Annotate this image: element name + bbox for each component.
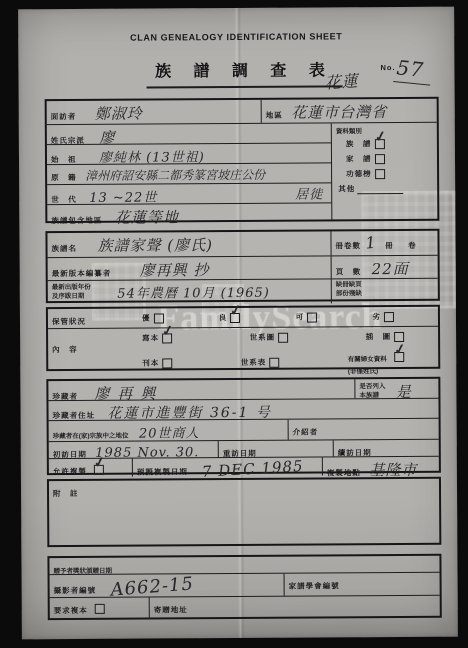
content-illustrations-label: 插 圖	[366, 331, 392, 342]
introducer-label: 介紹者	[293, 428, 319, 437]
content-manuscript-label: 寫本	[142, 332, 159, 343]
volumes-unit-juan: 卷	[408, 241, 417, 250]
revisit-cell: 重訪日期	[219, 440, 334, 457]
pages-value: 22面	[372, 260, 409, 278]
condition-label-cell: 保管狀況	[48, 309, 138, 329]
category-merit-board-label: 功德榜	[346, 168, 372, 179]
missing-pages-label-line2: 部份殘缺	[336, 290, 362, 297]
listed-label-line1: 是否列入	[359, 383, 385, 390]
planned-copy-date-cell: 預擬複製日期 7 DEC 1985	[133, 457, 323, 476]
generation-cell: 世 代 13 ~22世 居徙	[47, 183, 331, 204]
publication-date-cell: 最新出版年份 及序跋日期 54年農曆 10月 (1965)	[48, 279, 332, 305]
generation-label: 世 代	[51, 195, 77, 204]
copy-permission-label: 允許複製	[53, 467, 87, 476]
society-number-cell: 家譜學會編號	[285, 573, 440, 596]
copy-permission-checkbox	[94, 465, 104, 475]
content-manuscript-checkbox	[162, 333, 172, 343]
condition-poor-label: 劣	[372, 311, 381, 322]
content-illustrations-checkbox	[394, 331, 404, 341]
category-clan-genealogy-label: 族 譜	[346, 138, 372, 149]
section-holder-info: 珍藏者 廖再興 是否列入 本族譜 是 珍藏者住址 花蓮市進豐街 36-1 号 珍…	[46, 377, 441, 475]
category-clan-genealogy-checkbox	[374, 139, 384, 149]
section-notes: 附 註	[47, 477, 441, 547]
genealogy-name-cell: 族譜名 族譜家聲 (廖氏)	[47, 231, 331, 257]
volumes-unit-ce: 冊	[385, 241, 394, 250]
number-value-handwritten: 57	[393, 55, 433, 86]
category-other-blank	[357, 183, 403, 193]
followup-visit-cell: 續訪日期	[334, 440, 439, 457]
holder-position-value: 20世商人	[139, 426, 200, 441]
content-lineage-chart-checkbox	[278, 332, 288, 342]
listed-in-genealogy-cell: 是否列入 本族譜 是	[354, 379, 438, 399]
interviewer-cell: 面訪者 鄭淑玲	[47, 100, 262, 124]
content-printed-checkbox	[162, 358, 172, 368]
content-printed-label: 刊本	[142, 357, 159, 368]
coverage-area-cell: 族譜包含地區 花蓮等地	[47, 203, 331, 223]
missing-pages-label-line1: 缺冊缺頁	[336, 281, 362, 288]
publication-date-label: 最新出版年份 及序跋日期	[52, 284, 91, 302]
first-visit-label: 初訪日期	[53, 450, 87, 459]
holder-cell: 珍藏者 廖再興	[48, 379, 354, 400]
publication-date-value: 54年農曆 10月 (1965)	[117, 286, 270, 302]
mailing-address-cell: 寄贈地址	[150, 596, 440, 620]
region-label: 地區	[266, 111, 283, 120]
publication-date-label-line2: 及序跋日期	[52, 293, 85, 300]
notes-label: 附 註	[53, 489, 79, 498]
category-family-genealogy-label: 家 譜	[346, 153, 372, 164]
condition-excellent: 優	[142, 310, 164, 325]
holder-position-cell: 珍藏者在(家)宗族中之地位 20世商人	[49, 420, 289, 441]
holder-address-label: 珍藏者住址	[53, 411, 96, 420]
category-other: 其他	[332, 181, 437, 197]
content-lineage-table-label: 世系表	[241, 357, 267, 368]
request-copy-checkbox	[95, 604, 105, 614]
content-label: 內 容	[52, 345, 78, 354]
content-women-data-label: 有關婦女資料	[348, 356, 387, 363]
copy-location-cell: 複製地點 基隆市	[323, 457, 439, 476]
content-lineage-chart: 世系圖	[250, 332, 289, 343]
condition-poor-checkbox	[384, 312, 394, 322]
condition-poor: 劣	[372, 309, 394, 324]
condition-fair-label: 可	[296, 312, 305, 323]
condition-excellent-checkbox	[153, 313, 163, 323]
section-condition-content: 保管狀況 優 良 可 劣	[46, 305, 440, 371]
content-illustrations: 插 圖	[366, 331, 405, 342]
region-value: 花蓮市台灣省	[291, 103, 387, 122]
copy-permission-cell: 允許複製	[49, 459, 133, 478]
content-women-data-checkbox	[394, 352, 404, 362]
pages-label: 頁 數	[336, 267, 362, 276]
content-women-data: 有關婦女資料 (非僅姓氏)	[348, 348, 405, 375]
holder-address-cell: 珍藏者住址 花蓮市進豐街 36-1 号	[48, 399, 438, 420]
compiler-label: 最新版本編纂者	[52, 269, 112, 278]
condition-good-checkbox	[230, 312, 240, 322]
category-family-genealogy-checkbox	[374, 154, 384, 164]
notes-cell: 附 註	[49, 479, 439, 503]
pages-cell: 頁 數 22面	[332, 256, 438, 279]
interviewer-label: 面訪者	[51, 112, 77, 121]
surname-cell: 姓氏宗派 廖	[47, 123, 331, 144]
place-handwritten: 花蓮	[324, 68, 360, 94]
condition-fair: 可	[296, 310, 318, 325]
first-visit-cell: 初訪日期 1985 Nov. 30.	[49, 441, 219, 458]
ancestor-cell: 始 祖 廖純林 (13世祖)	[47, 143, 331, 164]
volumes-label: 冊卷數	[336, 241, 362, 250]
content-manuscript: 寫本	[142, 332, 172, 343]
content-lineage-table: 世系表	[241, 349, 280, 376]
ancestor-label: 始 祖	[51, 155, 77, 164]
genealogy-name-value: 族譜家聲 (廖氏)	[97, 236, 213, 255]
holder-label: 珍藏者	[52, 392, 78, 401]
origin-value: 漳州府詔安縣二都秀篆宮坡庄公份	[85, 168, 265, 183]
genealogy-name-label: 族譜名	[52, 244, 78, 253]
condition-label: 保管狀況	[52, 317, 86, 326]
condition-fair-checkbox	[307, 312, 317, 322]
request-copy-cell: 要求複本	[50, 598, 150, 621]
category-merit-board: 功德榜	[332, 166, 437, 182]
surname-label: 姓氏宗派	[51, 136, 85, 145]
content-women-data-note: (非僅姓氏)	[348, 366, 378, 375]
award-date-cell: 贈予者獎狀頒贈日期	[49, 556, 439, 574]
introducer-cell: 介紹者	[289, 419, 439, 440]
condition-good-label: 良	[219, 312, 228, 323]
interviewer-value: 鄭淑玲	[95, 105, 143, 123]
followup-visit-label: 續訪日期	[338, 448, 372, 457]
content-options: 寫本 世系圖 插 圖 刊本	[138, 327, 438, 373]
volumes-cell: 冊卷數 1 冊 卷	[331, 231, 437, 256]
compiler-cell: 最新版本編纂者 廖再興 抄	[48, 256, 332, 280]
category-other-label: 其他	[338, 183, 355, 194]
section-genealogy-details: 族譜名 族譜家聲 (廖氏) 冊卷數 1 冊 卷 最新版本編纂者 廖再興 抄 頁 …	[45, 229, 439, 303]
coverage-area-label: 族譜包含地區	[51, 216, 102, 225]
compiler-value: 廖再興 抄	[140, 261, 210, 279]
origin-cell: 原 籍 漳州府詔安縣二都秀篆宮坡庄公份	[47, 163, 331, 184]
scanned-form-paper: FamilySearch CLAN GENEALOGY IDENTIFICATI…	[18, 7, 458, 640]
material-category-column: 資料類別 族 譜 家 譜 功德榜 其他	[332, 123, 438, 222]
origin-label: 原 籍	[51, 173, 77, 182]
content-lineage-chart-label: 世系圖	[250, 332, 276, 343]
mailing-address-label: 寄贈地址	[154, 605, 188, 614]
coverage-area-value: 花蓮等地	[115, 208, 179, 226]
society-number-label: 家譜學會編號	[289, 581, 340, 590]
region-cell: 地區 花蓮市台灣省	[262, 99, 437, 123]
form-title-chinese: 族 譜 調 查 表	[146, 57, 342, 88]
section-basic-info: 面訪者 鄭淑玲 地區 花蓮市台灣省 姓氏宗派 廖 始 祖 廖	[45, 97, 440, 223]
condition-good: 良	[219, 310, 241, 325]
volumes-value: 1	[365, 233, 378, 253]
revisit-label: 重訪日期	[223, 449, 257, 458]
content-label-cell: 內 容	[48, 329, 138, 374]
photographer-number-label: 攝影者編號	[54, 586, 97, 595]
planned-copy-date-label: 預擬複製日期	[137, 467, 188, 476]
content-lineage-table-checkbox	[269, 357, 279, 367]
holder-position-label: 珍藏者在(家)宗族中之地位	[53, 433, 129, 440]
condition-options: 優 良 可 劣	[138, 307, 438, 328]
generation-extra-note: 居徙	[295, 183, 323, 202]
content-printed: 刊本	[142, 349, 172, 376]
copy-location-label: 複製地點	[327, 468, 361, 477]
publication-date-label-line1: 最新出版年份	[52, 284, 91, 291]
form-title-english: CLAN GENEALOGY IDENTIFICATION SHEET	[18, 31, 454, 44]
section-admin: 贈予者獎狀頒贈日期 攝影者編號 A662-15 家譜學會編號 要求複本 寄贈地址	[47, 554, 441, 620]
category-merit-board-checkbox	[375, 169, 385, 179]
category-family-genealogy: 家 譜	[332, 151, 437, 167]
condition-excellent-label: 優	[142, 313, 151, 324]
category-clan-genealogy: 族 譜	[332, 136, 437, 152]
missing-pages-label: 缺冊缺頁 部份殘缺	[336, 281, 362, 299]
photographer-number-cell: 攝影者編號 A662-15	[50, 574, 285, 597]
request-copy-label: 要求複本	[54, 606, 88, 615]
missing-pages-cell: 缺冊缺頁 部份殘缺	[332, 279, 438, 304]
